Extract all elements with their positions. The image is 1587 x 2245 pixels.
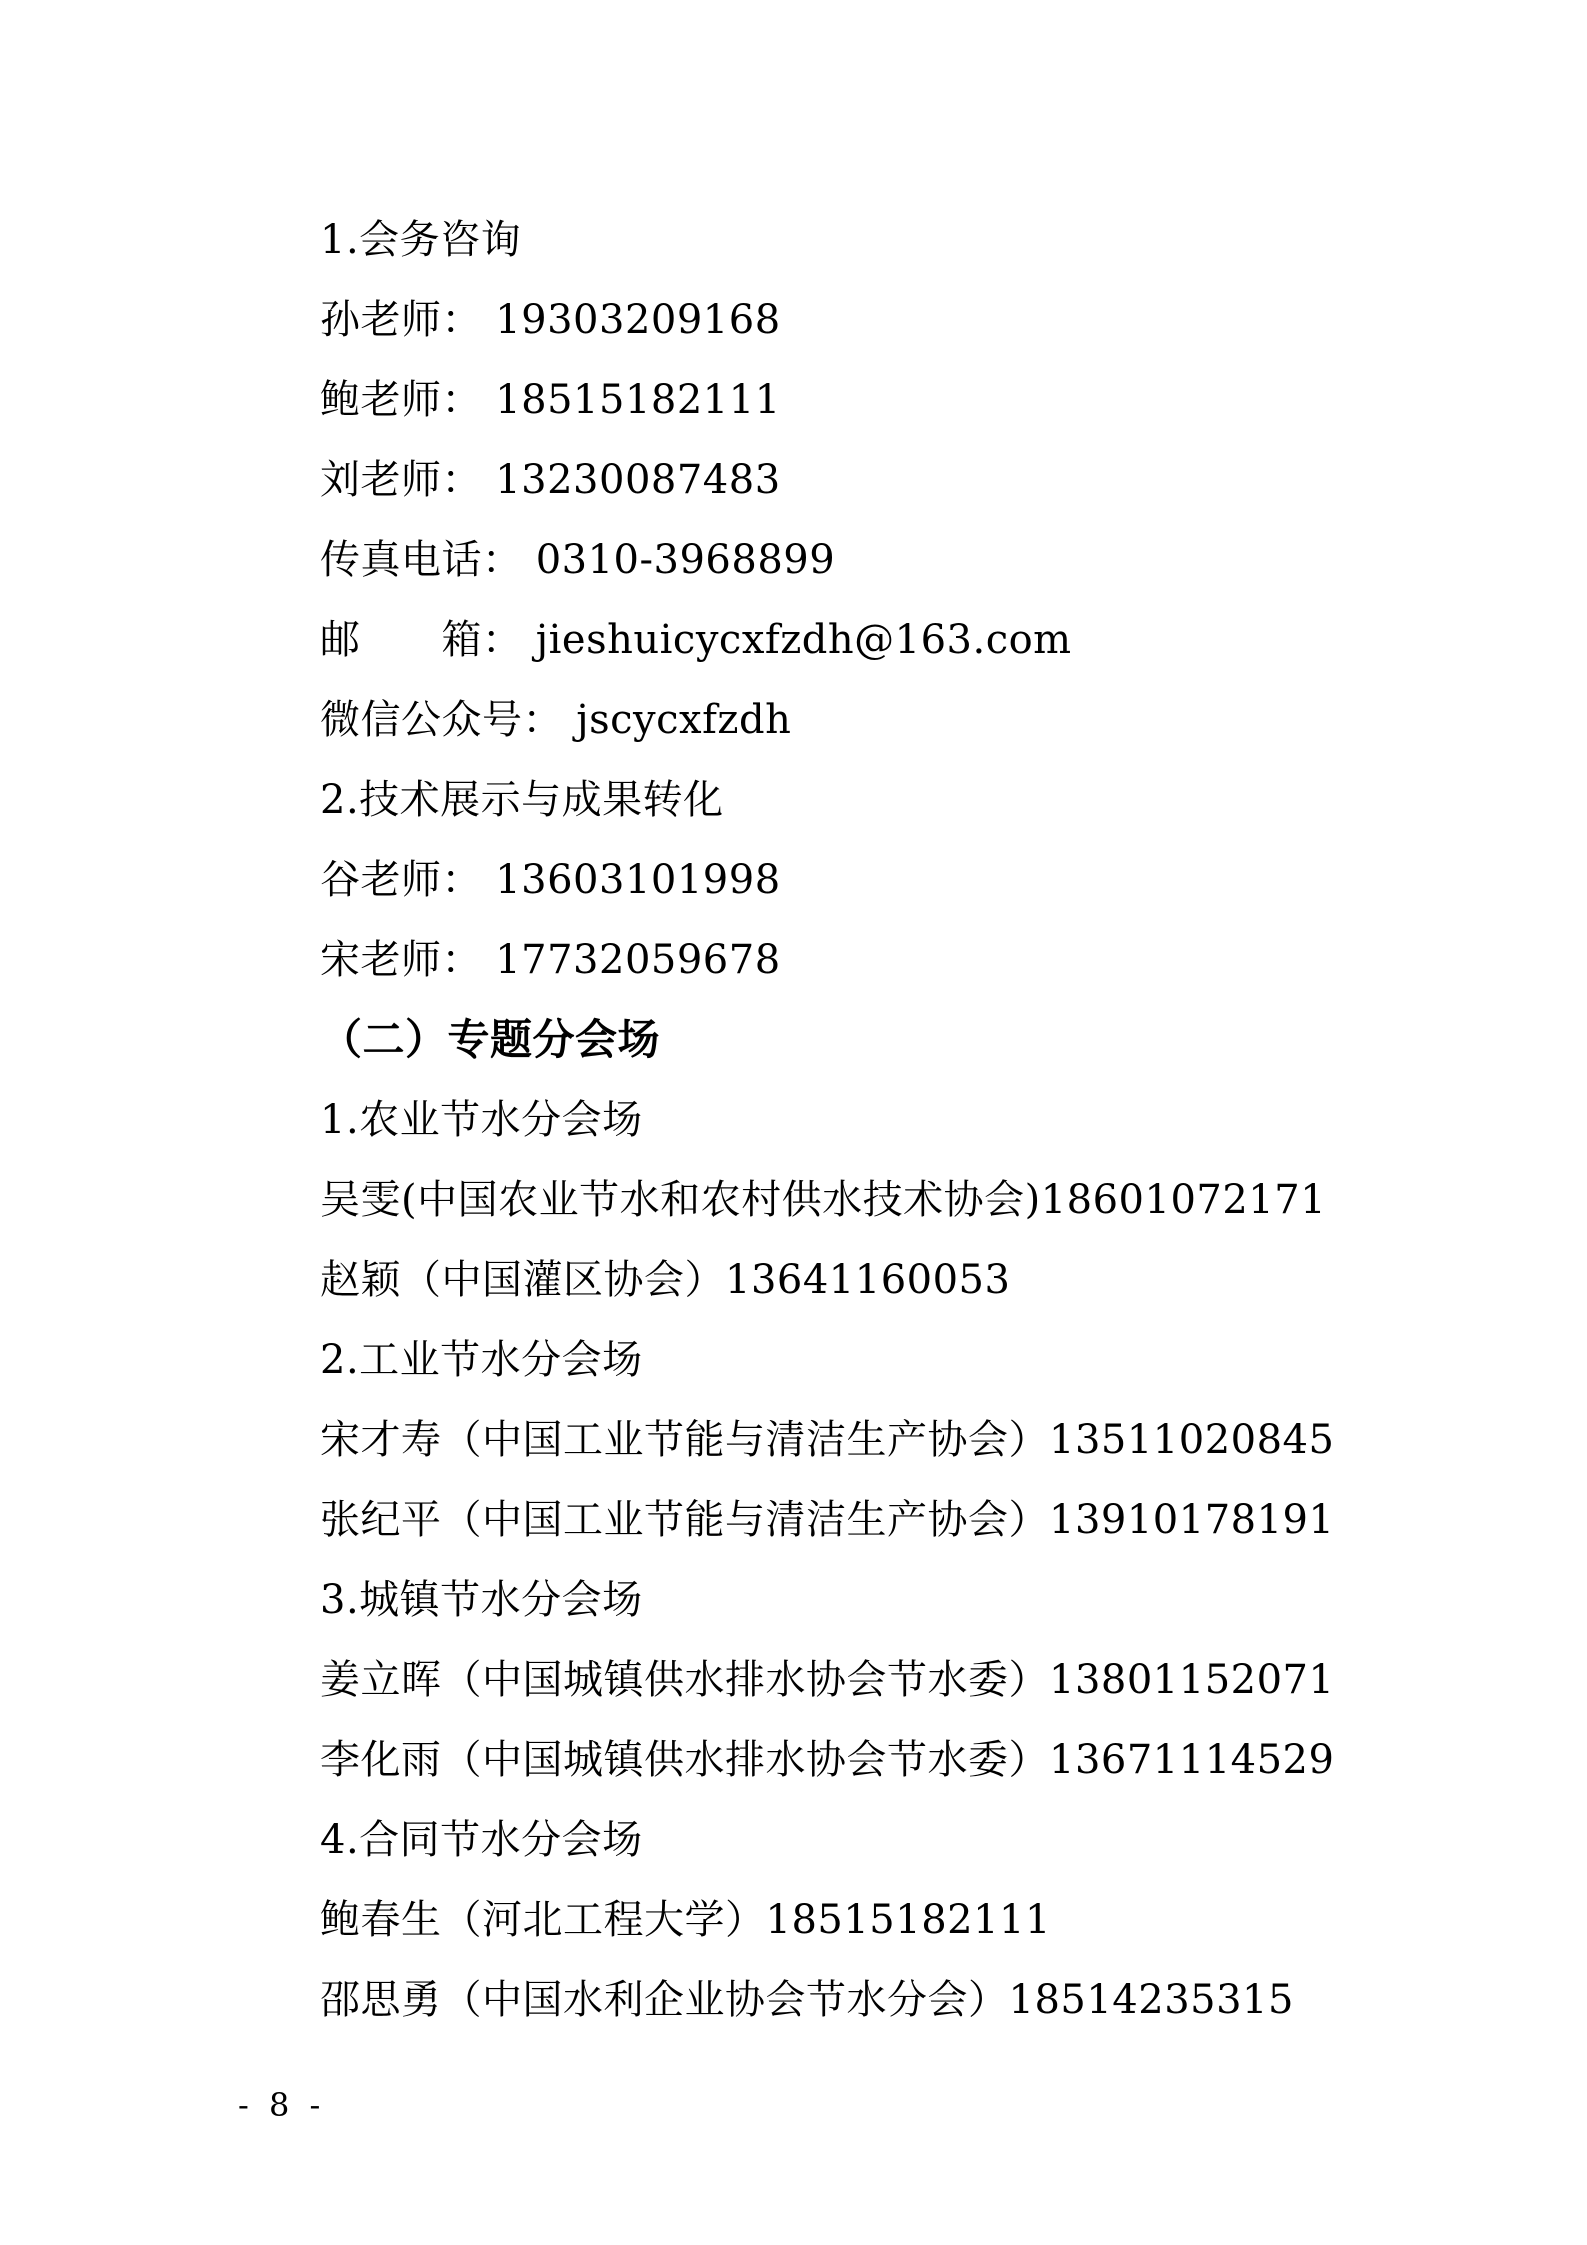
contact-line: 谷老师： 13603101998 [320, 840, 1334, 920]
subvenue-title-agriculture: 1.农业节水分会场 [320, 1080, 1334, 1160]
contact-line: 孙老师： 19303209168 [320, 280, 1334, 360]
contact-line: 赵颖（中国灌区协会）13641160053 [320, 1240, 1334, 1320]
contact-line: 吴雯(中国农业节水和农村供水技术协会)18601072171 [320, 1160, 1334, 1240]
contact-line: 姜立晖（中国城镇供水排水协会节水委）13801152071 [320, 1640, 1334, 1720]
contact-line: 宋老师： 17732059678 [320, 920, 1334, 1000]
subsection-title-tech-exhibition: 2.技术展示与成果转化 [320, 760, 1334, 840]
subvenue-title-contract: 4.合同节水分会场 [320, 1800, 1334, 1880]
subvenue-title-urban: 3.城镇节水分会场 [320, 1560, 1334, 1640]
wechat-line: 微信公众号： jscycxfzdh [320, 680, 1334, 760]
subsection-title-conference-affairs: 1.会务咨询 [320, 200, 1334, 280]
section-heading-special-subvenues: （二）专题分会场 [320, 1000, 1334, 1080]
contact-line: 鲍春生（河北工程大学）18515182111 [320, 1880, 1334, 1960]
document-body: 1.会务咨询 孙老师： 19303209168 鲍老师： 18515182111… [320, 200, 1334, 2040]
contact-line: 邵思勇（中国水利企业协会节水分会）18514235315 [320, 1960, 1334, 2040]
page-number: - 8 - [238, 2086, 325, 2124]
document-page: 1.会务咨询 孙老师： 19303209168 鲍老师： 18515182111… [0, 0, 1587, 2245]
email-line: 邮 箱： jieshuicycxfzdh@163.com [320, 600, 1334, 680]
fax-line: 传真电话： 0310-3968899 [320, 520, 1334, 600]
subvenue-title-industry: 2.工业节水分会场 [320, 1320, 1334, 1400]
contact-line: 宋才寿（中国工业节能与清洁生产协会）13511020845 [320, 1400, 1334, 1480]
contact-line: 鲍老师： 18515182111 [320, 360, 1334, 440]
page-footer: - 8 - [238, 2086, 325, 2124]
contact-line: 刘老师： 13230087483 [320, 440, 1334, 520]
contact-line: 张纪平（中国工业节能与清洁生产协会）13910178191 [320, 1480, 1334, 1560]
contact-line: 李化雨（中国城镇供水排水协会节水委）13671114529 [320, 1720, 1334, 1800]
